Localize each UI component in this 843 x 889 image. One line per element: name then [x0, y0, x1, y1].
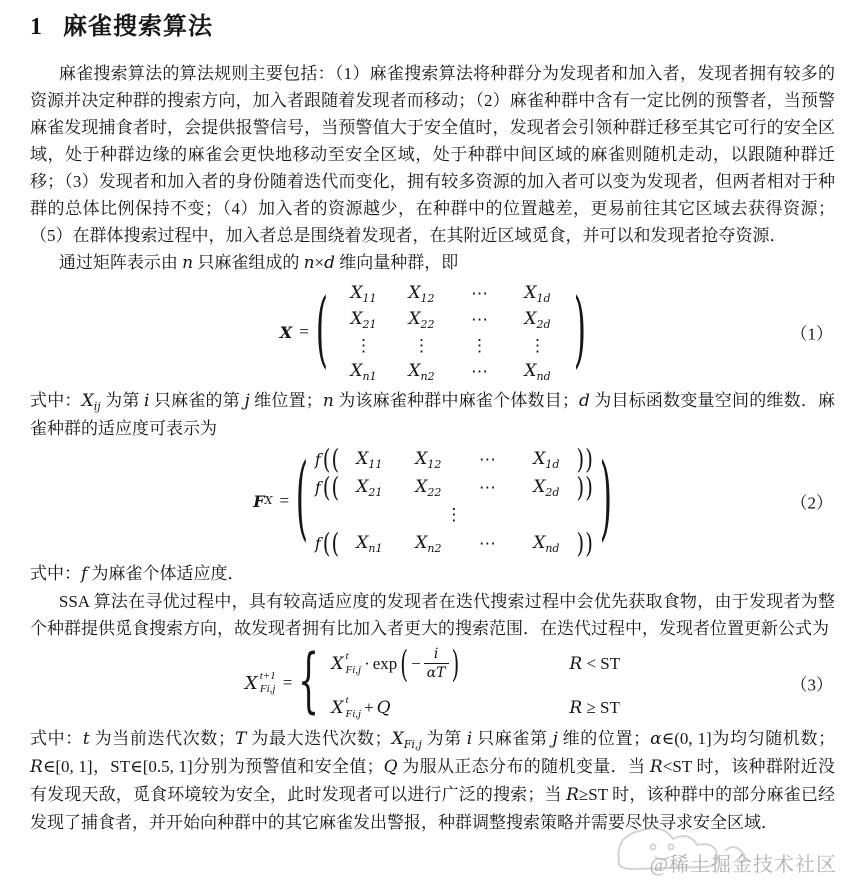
piecewise-cases: X tFi,j · exp ( − iαT ) R < ST — [331, 645, 620, 722]
fitness-row: ⋮ — [315, 501, 593, 529]
plus-sign: + — [364, 698, 374, 718]
position-update-lhs: X t+1Fi,j — [245, 670, 276, 698]
matrix-cell: ⋯ — [458, 479, 516, 496]
f-function: f — [315, 534, 321, 553]
matrix-row: ⋮⋮⋮⋮ — [335, 332, 567, 358]
left-paren: ( — [323, 474, 331, 501]
matrix-cell: ⋯ — [451, 363, 509, 380]
matrix-cell: ⋮ — [451, 337, 509, 354]
matrix-cell: ⋯ — [451, 311, 509, 328]
paragraph-eq2-explain: 式中：f 为麻雀个体适应度． — [30, 560, 835, 588]
equals-sign: = — [283, 673, 293, 693]
math-inline: XFi,j — [392, 729, 422, 748]
subscript: Fi,j — [345, 708, 361, 722]
matrix-cell: ⋯ — [451, 285, 509, 302]
fitness-matrix: f((X11X12⋯X1d))f((X21X22⋯X2d))⋮f((Xn1Xn2… — [315, 445, 593, 557]
right-paren: ) — [452, 646, 460, 682]
equals-sign: = — [299, 322, 309, 342]
matrix-cell: X1d — [517, 450, 575, 468]
equation-1-body: X = ( X11X12⋯X1dX21X22⋯X2d⋮⋮⋮⋮Xn1Xn2⋯Xnd… — [280, 280, 585, 384]
case-2-condition: R ≥ ST — [569, 698, 620, 718]
equation-number: （1） — [791, 320, 834, 345]
subscript: Fi,j — [260, 683, 276, 697]
fitness-row: f((X11X12⋯X1d)) — [315, 445, 593, 473]
matrix-cell: ⋯ — [458, 535, 516, 552]
case-row-1: X tFi,j · exp ( − iαT ) R < ST — [331, 645, 620, 682]
math-inline: j — [244, 391, 249, 410]
superscript: t — [345, 694, 361, 708]
math-inline: R — [30, 757, 43, 776]
left-paren: ( — [323, 446, 331, 473]
paragraph-algorithm-rules: 麻雀搜索算法的算法规则主要包括：（1）麻雀搜索算法将种群分为发现者和加入者，发现… — [30, 60, 835, 249]
relation: ≥ — [586, 698, 595, 717]
matrix-cell: X1d — [509, 284, 567, 302]
math-inline: Q — [384, 757, 398, 776]
matrix-row: X21X22⋯X2d — [335, 306, 567, 332]
equals-sign: = — [280, 491, 290, 511]
x-symbol: X — [331, 654, 343, 674]
x-symbol: X — [245, 673, 258, 694]
fitness-symbol: FX — [253, 492, 272, 511]
fraction: iαT — [424, 645, 449, 682]
math-inline: T — [235, 729, 246, 748]
paragraph-ssa-finders: SSA 算法在寻优过程中，具有较高适应度的发现者在迭代搜索过程中会优先获取食物，… — [30, 588, 835, 642]
case-2-expression: X tFi,j + Q — [331, 694, 559, 722]
matrix-cell: X12 — [399, 450, 457, 468]
right-paren: ) — [585, 446, 593, 473]
superscript: t+1 — [260, 670, 276, 684]
r-symbol: R — [569, 654, 582, 674]
matrix-cell: Xnd — [509, 362, 567, 380]
matrix-cell: X21 — [335, 310, 393, 328]
math-inline: n — [323, 391, 334, 410]
math-inline: n — [182, 253, 193, 272]
x-symbol: X — [331, 698, 343, 718]
math-inline: t — [83, 729, 90, 748]
denominator: αT — [424, 663, 449, 682]
left-paren: ( — [332, 474, 340, 501]
right-paren: ) — [585, 474, 593, 501]
st-symbol: ST — [600, 698, 620, 717]
matrix-cell: Xn2 — [399, 534, 457, 552]
population-matrix-symbol: X — [280, 323, 292, 342]
equation-1: X = ( X11X12⋯X1dX21X22⋯X2d⋮⋮⋮⋮Xn1Xn2⋯Xnd… — [30, 280, 835, 384]
left-paren: ( — [296, 455, 308, 547]
left-paren: ( — [400, 646, 408, 682]
section-number: 1 — [30, 14, 43, 40]
equation-3: X t+1Fi,j = { X tFi,j · exp ( − — [30, 645, 835, 722]
left-paren: ( — [332, 530, 340, 557]
f-function: f — [315, 478, 321, 497]
math-inline: R — [650, 757, 663, 776]
right-paren: ) — [576, 530, 584, 557]
equation-number: （2） — [791, 489, 834, 514]
left-paren: ( — [315, 291, 327, 374]
matrix-cell: X12 — [393, 284, 451, 302]
right-paren: ) — [573, 291, 585, 374]
case-1-condition: R < ST — [569, 654, 620, 674]
case-brace: { — [298, 648, 319, 719]
numerator: i — [424, 645, 449, 663]
case-row-2: X tFi,j + Q R ≥ ST — [331, 694, 620, 722]
lhs-scripts: t+1Fi,j — [260, 670, 276, 698]
term-scripts: tFi,j — [345, 650, 361, 678]
term-scripts: tFi,j — [345, 694, 361, 722]
matrix-cell: X11 — [340, 450, 398, 468]
matrix-cell: X11 — [335, 284, 393, 302]
matrix-cell: X2d — [517, 478, 575, 496]
equation-number: （3） — [791, 671, 834, 696]
x-term: X tFi,j — [331, 694, 361, 722]
math-inline: n — [304, 253, 315, 272]
minus-sign: − — [411, 654, 421, 674]
case-1-expression: X tFi,j · exp ( − iαT ) — [331, 645, 559, 682]
watermark-handle: @稀土掘金技术社区 — [650, 848, 837, 877]
right-paren: ) — [576, 474, 584, 501]
matrix-cell: X22 — [393, 310, 451, 328]
math-inline: i — [144, 391, 149, 410]
matrix-cell: ⋮ — [393, 337, 451, 354]
right-paren: ) — [600, 455, 612, 547]
math-inline: f — [81, 564, 87, 583]
q-symbol: Q — [377, 698, 391, 718]
f-function: f — [315, 450, 321, 469]
equation-2: FX = ( f((X11X12⋯X1d))f((X21X22⋯X2d))⋮f(… — [30, 445, 835, 557]
right-paren: ) — [585, 530, 593, 557]
equation-2-body: FX = ( f((X11X12⋯X1d))f((X21X22⋯X2d))⋮f(… — [253, 445, 611, 557]
exp-function: exp — [373, 654, 398, 674]
matrix-cell: X22 — [399, 478, 457, 496]
x-term: X tFi,j — [331, 650, 361, 678]
population-matrix: X11X12⋯X1dX21X22⋯X2d⋮⋮⋮⋮Xn1Xn2⋯Xnd — [335, 280, 567, 384]
dot-operator: · — [364, 654, 370, 674]
relation: < — [586, 654, 596, 673]
matrix-cell: Xn1 — [340, 534, 398, 552]
equation-3-body: X t+1Fi,j = { X tFi,j · exp ( − — [245, 645, 620, 722]
matrix-row: Xn1Xn2⋯Xnd — [335, 358, 567, 384]
matrix-cell: Xn1 — [335, 362, 393, 380]
paragraph-matrix-intro: 通过矩阵表示由 n 只麻雀组成的 n×d 维向量种群，即 — [30, 249, 835, 277]
matrix-cell: ⋮ — [335, 337, 393, 354]
matrix-cell: X2d — [509, 310, 567, 328]
left-paren: ( — [323, 530, 331, 557]
section-heading: 1麻雀搜索算法 — [30, 12, 835, 42]
fitness-row: f((Xn1Xn2⋯Xnd)) — [315, 529, 593, 557]
r-symbol: R — [569, 698, 582, 718]
matrix-cell: Xn2 — [393, 362, 451, 380]
section-title: 麻雀搜索算法 — [63, 14, 213, 40]
fitness-row: f((X21X22⋯X2d)) — [315, 473, 593, 501]
right-paren: ) — [576, 446, 584, 473]
math-inline: j — [553, 729, 558, 748]
matrix-cell: ⋮ — [509, 337, 567, 354]
subscript: Fi,j — [345, 664, 361, 678]
math-inline: Xij — [82, 391, 101, 410]
matrix-cell: ⋯ — [458, 451, 516, 468]
fitness-base: F — [253, 492, 264, 511]
math-inline: α — [650, 729, 661, 748]
math-inline: R — [566, 785, 579, 804]
superscript: t — [345, 650, 361, 664]
left-paren: ( — [332, 446, 340, 473]
matrix-cell: X21 — [340, 478, 398, 496]
matrix-row: X11X12⋯X1d — [335, 280, 567, 306]
document-page: 1麻雀搜索算法 麻雀搜索算法的算法规则主要包括：（1）麻雀搜索算法将种群分为发现… — [0, 0, 843, 889]
paragraph-eq1-explain: 式中：Xij 为第 i 只麻雀的第 j 维位置；n 为该麻雀种群中麻雀个体数目；… — [30, 387, 835, 442]
matrix-cell: Xnd — [517, 534, 575, 552]
st-symbol: ST — [600, 654, 620, 673]
math-inline: d — [324, 253, 335, 272]
math-inline: d — [579, 391, 590, 410]
math-inline: i — [467, 729, 472, 748]
